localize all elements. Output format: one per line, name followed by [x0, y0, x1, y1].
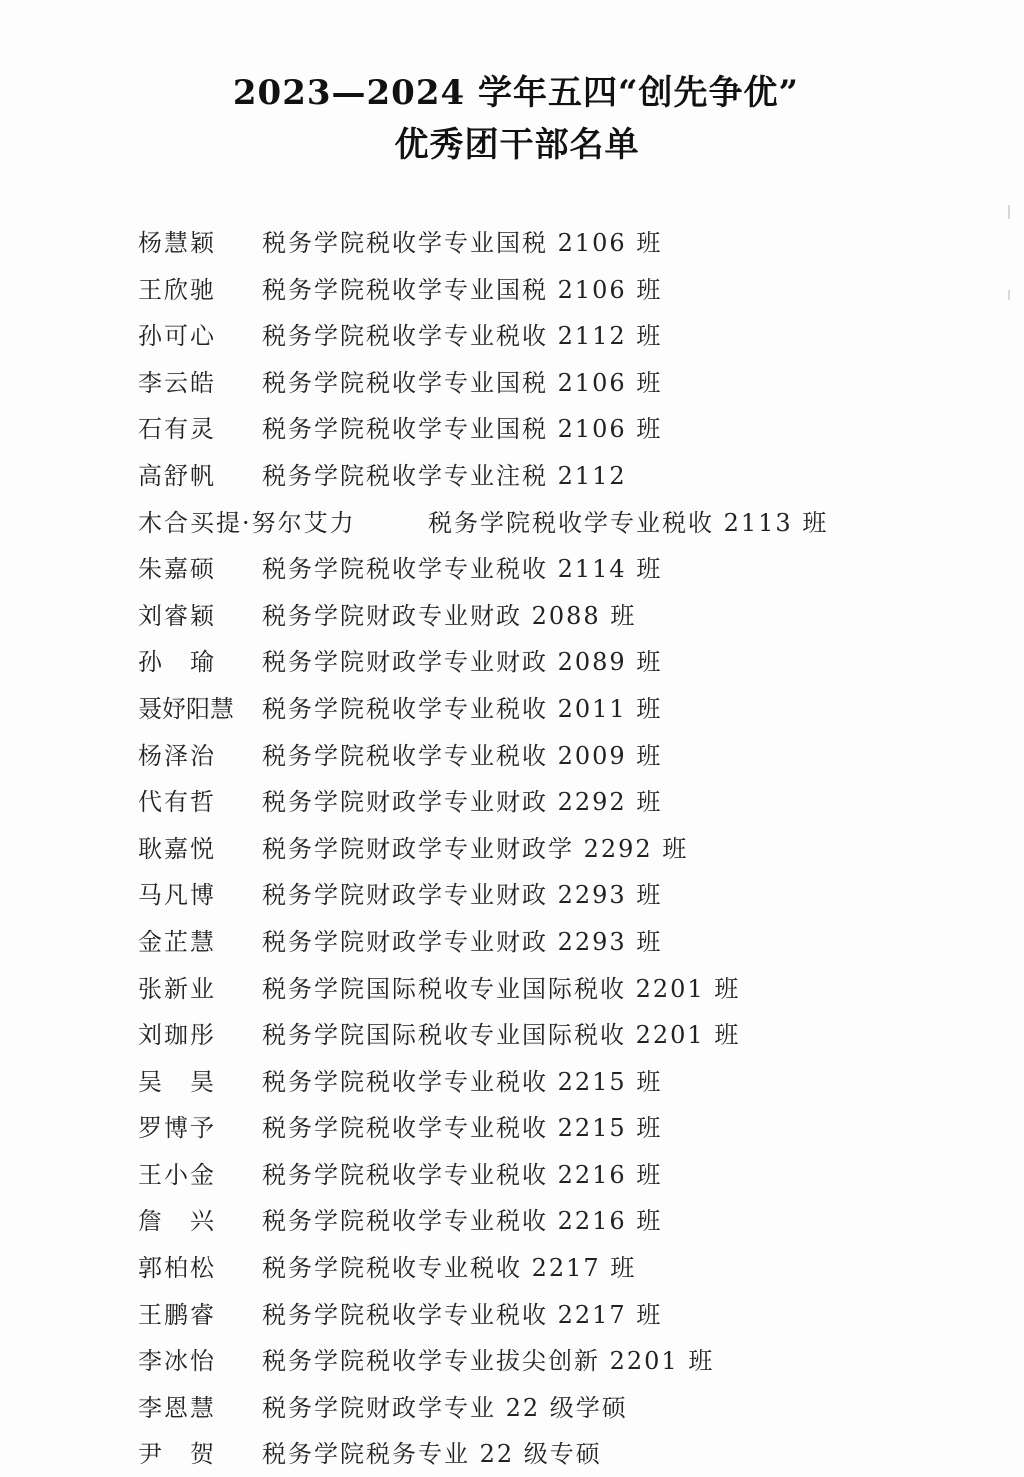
person-name: 金芷慧	[138, 921, 216, 963]
person-unit: 税务学院税收专业税收 2217 班	[262, 1247, 636, 1289]
person-unit: 税务学院税收学专业国税 2106 班	[262, 269, 662, 311]
list-item: 耿嘉悦税务学院财政学专业财政学 2292 班	[138, 828, 958, 875]
person-name: 木合买提·努尔艾力	[138, 502, 356, 544]
person-name: 李恩慧	[138, 1387, 216, 1429]
person-unit: 税务学院税收学专业国税 2106 班	[262, 362, 662, 404]
list-item: 王小金税务学院税收学专业税收 2216 班	[138, 1154, 958, 1201]
list-item: 王欣驰税务学院税收学专业国税 2106 班	[138, 269, 958, 316]
list-item: 代有哲税务学院财政学专业财政 2292 班	[138, 781, 958, 828]
list-item: 刘珈彤税务学院国际税收专业国际税收 2201 班	[138, 1014, 958, 1061]
list-item: 李恩慧税务学院财政学专业 22 级学硕	[138, 1387, 958, 1434]
person-unit: 税务学院税收学专业税收 2114 班	[262, 548, 662, 590]
person-name: 杨泽治	[138, 735, 216, 777]
list-item: 朱嘉硕税务学院税收学专业税收 2114 班	[138, 548, 958, 595]
person-name: 李云皓	[138, 362, 216, 404]
person-unit: 税务学院税收学专业国税 2106 班	[262, 408, 662, 450]
document-title: 2023—2024 学年五四“创先争优” 优秀团干部名单	[0, 70, 1024, 168]
person-unit: 税务学院税收学专业税收 2011 班	[262, 688, 662, 730]
person-unit: 税务学院税收学专业拔尖创新 2201 班	[262, 1340, 714, 1382]
person-name: 石有灵	[138, 408, 216, 450]
scan-artifact	[1008, 290, 1010, 300]
person-unit: 税务学院税收学专业税收 2216 班	[262, 1154, 662, 1196]
person-unit: 税务学院税收学专业税收 2009 班	[262, 735, 662, 777]
person-name: 代有哲	[138, 781, 216, 823]
person-name: 马凡博	[138, 874, 216, 916]
person-unit: 税务学院国际税收专业国际税收 2201 班	[262, 968, 740, 1010]
person-unit: 税务学院税收学专业国税 2106 班	[262, 222, 662, 264]
person-unit: 税务学院税收学专业税收 2216 班	[262, 1200, 662, 1242]
person-unit: 税务学院财政学专业 22 级学硕	[262, 1387, 628, 1429]
list-item: 聂妤阳慧税务学院税收学专业税收 2011 班	[138, 688, 958, 735]
person-name: 王欣驰	[138, 269, 216, 311]
list-item: 孙 瑜税务学院财政学专业财政 2089 班	[138, 641, 958, 688]
person-name: 郭柏松	[138, 1247, 216, 1289]
person-name: 王小金	[138, 1154, 216, 1196]
list-item: 刘睿颖税务学院财政专业财政 2088 班	[138, 595, 958, 642]
list-item: 木合买提·努尔艾力税务学院税收学专业税收 2113 班	[138, 502, 958, 549]
list-item: 马凡博税务学院财政学专业财政 2293 班	[138, 874, 958, 921]
list-item: 尹 贺税务学院税务专业 22 级专硕	[138, 1433, 958, 1477]
person-unit: 税务学院税收学专业注税 2112	[262, 455, 627, 497]
person-name: 罗博予	[138, 1107, 216, 1149]
title-line-1: 2023—2024 学年五四“创先争优”	[8, 70, 1024, 116]
person-unit: 税务学院税收学专业税收 2113 班	[428, 502, 828, 544]
person-unit: 税务学院国际税收专业国际税收 2201 班	[262, 1014, 740, 1056]
person-name: 尹 贺	[138, 1433, 216, 1475]
list-item: 李冰怡税务学院税收学专业拔尖创新 2201 班	[138, 1340, 958, 1387]
list-item: 张新业税务学院国际税收专业国际税收 2201 班	[138, 968, 958, 1015]
list-item: 郭柏松税务学院税收专业税收 2217 班	[138, 1247, 958, 1294]
person-name: 聂妤阳慧	[138, 688, 234, 730]
person-unit: 税务学院税收学专业税收 2215 班	[262, 1061, 662, 1103]
list-item: 李云皓税务学院税收学专业国税 2106 班	[138, 362, 958, 409]
list-item: 王鹏睿税务学院税收学专业税收 2217 班	[138, 1294, 958, 1341]
person-unit: 税务学院财政学专业财政学 2292 班	[262, 828, 688, 870]
person-unit: 税务学院税务专业 22 级专硕	[262, 1433, 602, 1475]
person-unit: 税务学院财政学专业财政 2089 班	[262, 641, 662, 683]
name-list: 杨慧颖税务学院税收学专业国税 2106 班 王欣驰税务学院税收学专业国税 210…	[138, 222, 958, 1477]
person-unit: 税务学院财政学专业财政 2293 班	[262, 874, 662, 916]
title-line-2: 优秀团干部名单	[10, 122, 1024, 168]
list-item: 石有灵税务学院税收学专业国税 2106 班	[138, 408, 958, 455]
list-item: 高舒帆税务学院税收学专业注税 2112	[138, 455, 958, 502]
person-unit: 税务学院财政学专业财政 2293 班	[262, 921, 662, 963]
person-name: 王鹏睿	[138, 1294, 216, 1336]
person-name: 刘珈彤	[138, 1014, 216, 1056]
person-name: 孙 瑜	[138, 641, 216, 683]
scan-artifact	[1008, 205, 1010, 219]
person-unit: 税务学院税收学专业税收 2215 班	[262, 1107, 662, 1149]
person-unit: 税务学院税收学专业税收 2217 班	[262, 1294, 662, 1336]
person-name: 詹 兴	[138, 1200, 216, 1242]
list-item: 杨慧颖税务学院税收学专业国税 2106 班	[138, 222, 958, 269]
person-name: 李冰怡	[138, 1340, 216, 1382]
person-name: 吴 昊	[138, 1061, 216, 1103]
list-item: 杨泽治税务学院税收学专业税收 2009 班	[138, 735, 958, 782]
list-item: 金芷慧税务学院财政学专业财政 2293 班	[138, 921, 958, 968]
person-name: 耿嘉悦	[138, 828, 216, 870]
list-item: 罗博予税务学院税收学专业税收 2215 班	[138, 1107, 958, 1154]
person-name: 孙可心	[138, 315, 216, 357]
person-name: 杨慧颖	[138, 222, 216, 264]
document-page: 2023—2024 学年五四“创先争优” 优秀团干部名单 杨慧颖税务学院税收学专…	[0, 0, 1024, 1477]
list-item: 吴 昊税务学院税收学专业税收 2215 班	[138, 1061, 958, 1108]
person-name: 刘睿颖	[138, 595, 216, 637]
list-item: 詹 兴税务学院税收学专业税收 2216 班	[138, 1200, 958, 1247]
person-unit: 税务学院财政专业财政 2088 班	[262, 595, 636, 637]
person-name: 张新业	[138, 968, 216, 1010]
person-unit: 税务学院财政学专业财政 2292 班	[262, 781, 662, 823]
person-unit: 税务学院税收学专业税收 2112 班	[262, 315, 662, 357]
person-name: 高舒帆	[138, 455, 216, 497]
list-item: 孙可心税务学院税收学专业税收 2112 班	[138, 315, 958, 362]
person-name: 朱嘉硕	[138, 548, 216, 590]
